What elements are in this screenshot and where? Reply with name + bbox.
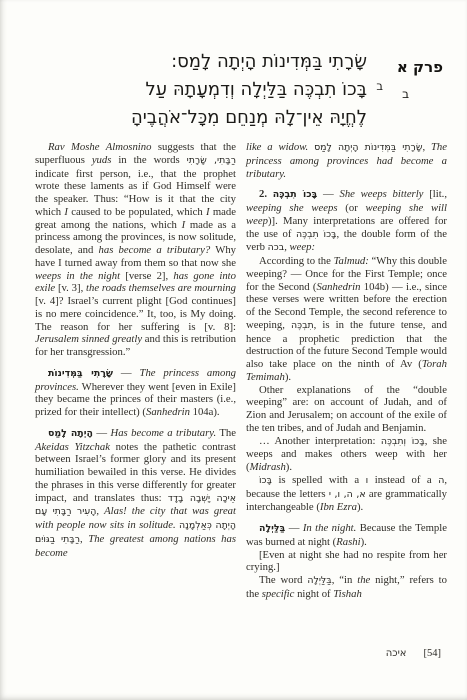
footer-page-number: [54] — [424, 648, 442, 659]
hebrew-phrase: רַבָּתִי, שָׂרָתִי — [187, 155, 236, 166]
text-segment: weep: — [290, 241, 316, 253]
text-segment: is spelled with a — [272, 474, 366, 486]
text-segment: — — [317, 188, 339, 200]
text-segment: 104a). — [190, 406, 220, 418]
text-segment: … Another interpretation: — [259, 435, 381, 447]
hebrew-phrase: בכה — [268, 242, 285, 253]
hebrew-phrase: הָיְתָה לָמַס — [48, 428, 93, 439]
text-segment: in the words — [111, 154, 186, 166]
commentary-paragraph: The word בַּלַּיְלָה, “in the night,” re… — [246, 574, 447, 601]
commentary-paragraph: הָיְתָה לָמַס — Has become a tributary. … — [35, 427, 236, 560]
text-segment: yuds — [92, 154, 112, 166]
text-segment: — — [285, 522, 303, 534]
text-segment: weeps in the night — [35, 270, 120, 282]
commentary-column-right: like a widow. שָׂרָתִי בַּמְּדִינוֹת הָי… — [246, 141, 447, 601]
margin-verse-letter: ב — [402, 87, 409, 101]
text-segment: The — [216, 427, 236, 439]
text-segment: [verse 2], — [120, 270, 173, 282]
text-segment: In the night. — [303, 522, 356, 534]
verse-line-3: לֶחֱיָהּ אֵין־לָהּ מְנַחֵם מִכָּל־אֹהֲבֶ… — [67, 104, 367, 132]
text-segment: Has become a tributary. — [111, 427, 217, 439]
hebrew-phrase: שָׂרָתִי בַּמְּדִינוֹת הָיְתָה לָמַס — [314, 142, 422, 153]
hebrew-phrase: בַּלַּיְלָה — [307, 575, 331, 586]
chapter-heading: פרק א — [397, 58, 443, 76]
text-segment: ). — [286, 461, 292, 473]
text-segment: weeping she weeps — [246, 202, 338, 214]
text-segment: [v. 3], — [55, 282, 86, 294]
verse-2-text-continued: לֶחֱיָהּ אֵין־לָהּ מְנַחֵם מִכָּל־אֹהֲבֶ… — [131, 107, 367, 128]
commentary-paragraph: בַּלַּיְלָה — In the night. Because the … — [246, 522, 447, 549]
text-segment: — — [113, 367, 139, 379]
text-segment: , “in — [332, 574, 358, 586]
text-segment: night of — [294, 588, 333, 600]
text-segment: ). — [357, 501, 363, 513]
commentary-paragraph: Rav Moshe Almosnino suggests that the su… — [35, 141, 236, 359]
text-segment: Sanhedrin — [316, 281, 360, 293]
text-segment: Sanhedrin — [146, 406, 190, 418]
text-segment: Rashi — [336, 536, 360, 548]
text-segment: Midrash — [250, 461, 286, 473]
text-segment: The word — [259, 574, 307, 586]
hebrew-phrase: בָּכוֹ תִבְכֶּה — [273, 189, 317, 200]
text-segment: 2. — [259, 188, 273, 200]
text-segment: ). — [361, 536, 367, 548]
text-segment: — — [93, 427, 111, 439]
hebrew-phrase: בַּלַּיְלָה — [259, 523, 285, 534]
text-segment: Other explanations of the “double weepin… — [246, 384, 447, 434]
text-segment: has become a tributary? — [99, 244, 211, 256]
text-segment: (or — [338, 202, 366, 214]
text-segment: Tishah — [333, 588, 362, 600]
text-segment: [v. 4]? Israel’s current plight [God con… — [35, 295, 236, 333]
commentary-paragraph: 2. בָּכוֹ תִבְכֶּה — She weeps bitterly … — [246, 188, 447, 255]
commentary-area: Rav Moshe Almosnino suggests that the su… — [35, 141, 447, 601]
text-segment: ). — [285, 371, 291, 383]
text-segment: , — [96, 505, 104, 517]
commentary-paragraph: like a widow. שָׂרָתִי בַּמְּדִינוֹת הָי… — [246, 141, 447, 180]
text-segment: , — [422, 141, 431, 153]
text-segment: Jerusalem sinned greatly — [35, 333, 142, 345]
hebrew-phrase: שָׂרָתִי בַּמְּדִינוֹת — [48, 368, 113, 379]
commentary-paragraph: … Another interpretation: בָּכוֹ וְתִבְכ… — [246, 435, 447, 474]
hebrew-phrase: תִבְכֶּה — [291, 320, 314, 331]
commentary-paragraph: Other explanations of the “double weepin… — [246, 384, 447, 435]
commentary-paragraph: שָׂרָתִי בַּמְּדִינוֹת — The princess am… — [35, 367, 236, 419]
text-segment: [lit., — [423, 188, 447, 200]
verse-2-text: בָּכוֹ תִבְכֶּה בַּלַּיְלָה וְדִמְעָתָהּ… — [145, 79, 367, 100]
commentary-column-left: Rav Moshe Almosnino suggests that the su… — [35, 141, 236, 601]
text-segment: like a widow. — [246, 141, 308, 153]
text-segment: instead of a — [368, 474, 438, 486]
text-segment: the — [357, 574, 370, 586]
hebrew-phrase: בָּכוֹ וְתִבְכֶּה — [381, 436, 425, 447]
text-segment: [Even at night she had no respite from h… — [246, 549, 447, 574]
text-segment: Ibn Ezra — [320, 501, 357, 513]
text-segment: According to the — [259, 255, 334, 267]
commentary-paragraph: According to the Talmud: “Why this doubl… — [246, 255, 447, 384]
text-segment: specific — [262, 588, 295, 600]
book-page: פרק א ב שָׂרָתִי בַּמְּדִינוֹת הָיְתָה ל… — [0, 0, 467, 700]
text-segment: the roads themselves are mourning — [86, 282, 236, 294]
verse-1-text: שָׂרָתִי בַּמְּדִינוֹת הָיְתָה לָמַס: — [171, 51, 367, 72]
text-segment: Talmud: — [334, 255, 369, 267]
text-segment: She weeps bitterly — [339, 188, 423, 200]
hebrew-phrase: בָּכוֹ תִבְכֶּה — [296, 229, 337, 240]
text-segment: Akeidas Yitzchak — [35, 441, 110, 453]
hebrew-phrase: בָּכוֹ — [259, 475, 272, 486]
page-footer: איכה [54] — [386, 648, 441, 659]
hebrew-phrase: א, ה, ו, י — [329, 489, 366, 500]
verse-line-2: ב בָּכוֹ תִבְכֶּה בַּלַּיְלָה וְדִמְעָתָ… — [67, 76, 367, 104]
verse-block: שָׂרָתִי בַּמְּדִינוֹת הָיְתָה לָמַס: ב … — [67, 48, 367, 132]
text-segment: Rav Moshe Almosnino — [48, 141, 151, 153]
verse-line-1: שָׂרָתִי בַּמְּדִינוֹת הָיְתָה לָמַס: — [67, 48, 367, 76]
commentary-paragraph: [Even at night she had no respite from h… — [246, 549, 447, 575]
footer-book-title: איכה — [386, 648, 407, 659]
text-segment: caused to be populated, which — [68, 206, 206, 218]
verse-2-number: ב — [376, 81, 383, 93]
commentary-paragraph: בָּכוֹ is spelled with a ו instead of a … — [246, 474, 447, 514]
